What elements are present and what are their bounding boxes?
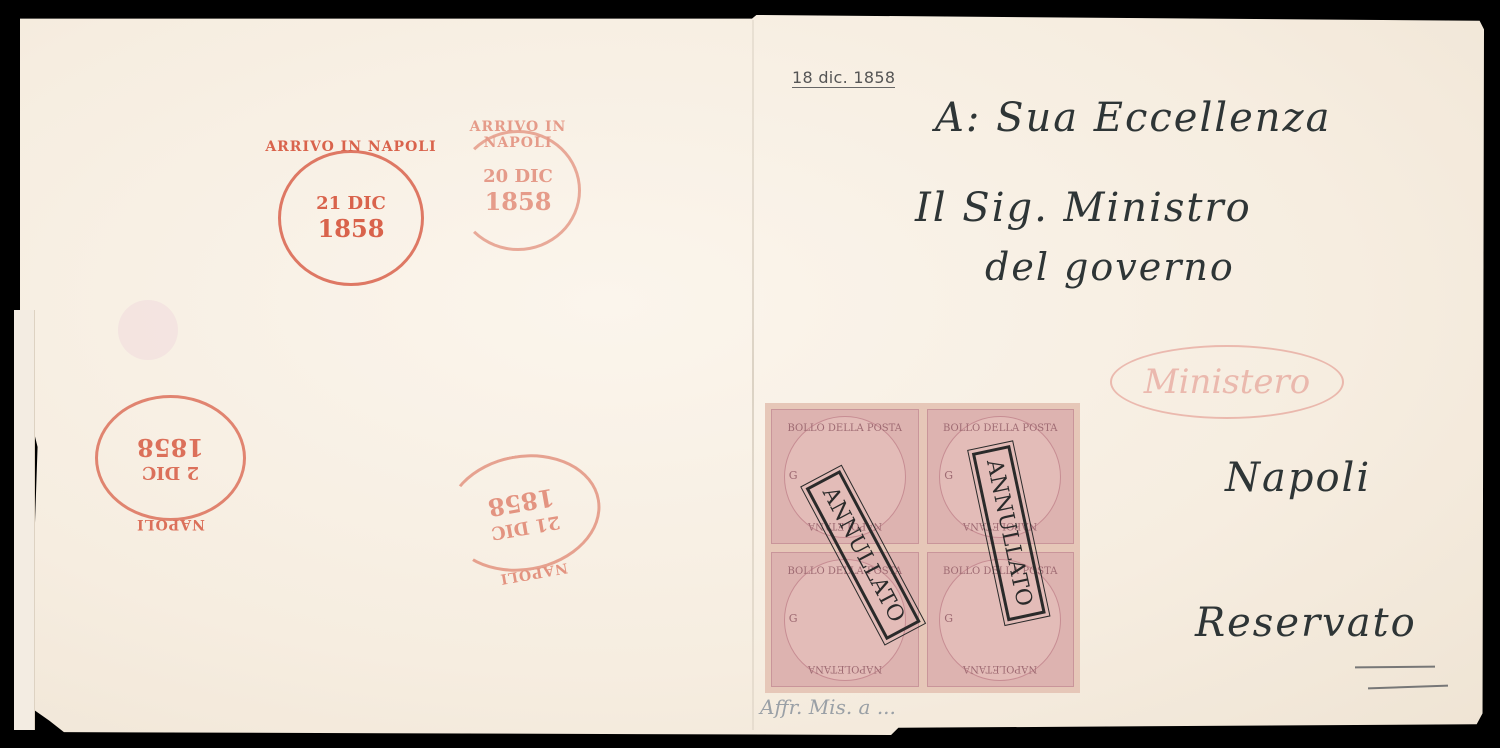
fold-line: [752, 20, 754, 730]
address-line-3: del governo: [985, 245, 1235, 289]
ink-smudge: [118, 300, 178, 360]
postmark-date: 2 DIC: [142, 462, 199, 483]
pencil-note: Affr. Mis. a ...: [760, 695, 896, 719]
postmark-ring-text: ARRIVO IN NAPOLI: [263, 139, 439, 155]
address-line-2: Il Sig. Ministro: [915, 185, 1252, 231]
stamp-top-text: BOLLO DELLA POSTA: [785, 423, 905, 434]
address-reserved: Reservato: [1195, 600, 1417, 646]
postmark-ring-text: ARRIVO IN NAPOLI: [440, 119, 596, 151]
stamp-value: G: [789, 469, 798, 482]
oval-handstamp-text: Ministero: [1144, 362, 1310, 402]
stamp-value: G: [944, 612, 953, 625]
cover-flap-edge: [14, 310, 35, 730]
postmark: NAPOLI 2 DIC 1858: [95, 395, 246, 521]
postmark-date: 20 DIC: [483, 166, 553, 187]
postmark-ring-text: NAPOLI: [80, 516, 261, 532]
oval-handstamp: Ministero: [1110, 345, 1344, 419]
postmark-date: 21 DIC: [316, 193, 386, 214]
stamp-value: G: [789, 612, 798, 625]
postmark-year: 1858: [485, 187, 552, 216]
docket-note: 18 dic. 1858: [792, 68, 895, 88]
postmark: ARRIVO IN NAPOLI 20 DIC 1858: [455, 130, 581, 251]
stamp-bottom-text: NAPOLETANA: [785, 663, 905, 674]
stamp-block: BOLLO DELLA POSTA G NAPOLETANA BOLLO DEL…: [765, 403, 1080, 693]
postmark: ARRIVO IN NAPOLI 21 DIC 1858: [278, 150, 424, 286]
stamp-top-text: BOLLO DELLA POSTA: [940, 423, 1060, 434]
address-city: Napoli: [1225, 455, 1371, 501]
postmark-year: 1858: [137, 433, 204, 462]
stamp-bottom-text: NAPOLETANA: [940, 663, 1060, 674]
postmark-year: 1858: [318, 214, 385, 243]
stamp-value: G: [944, 469, 953, 482]
address-line-1: A: Sua Eccellenza: [935, 95, 1331, 141]
